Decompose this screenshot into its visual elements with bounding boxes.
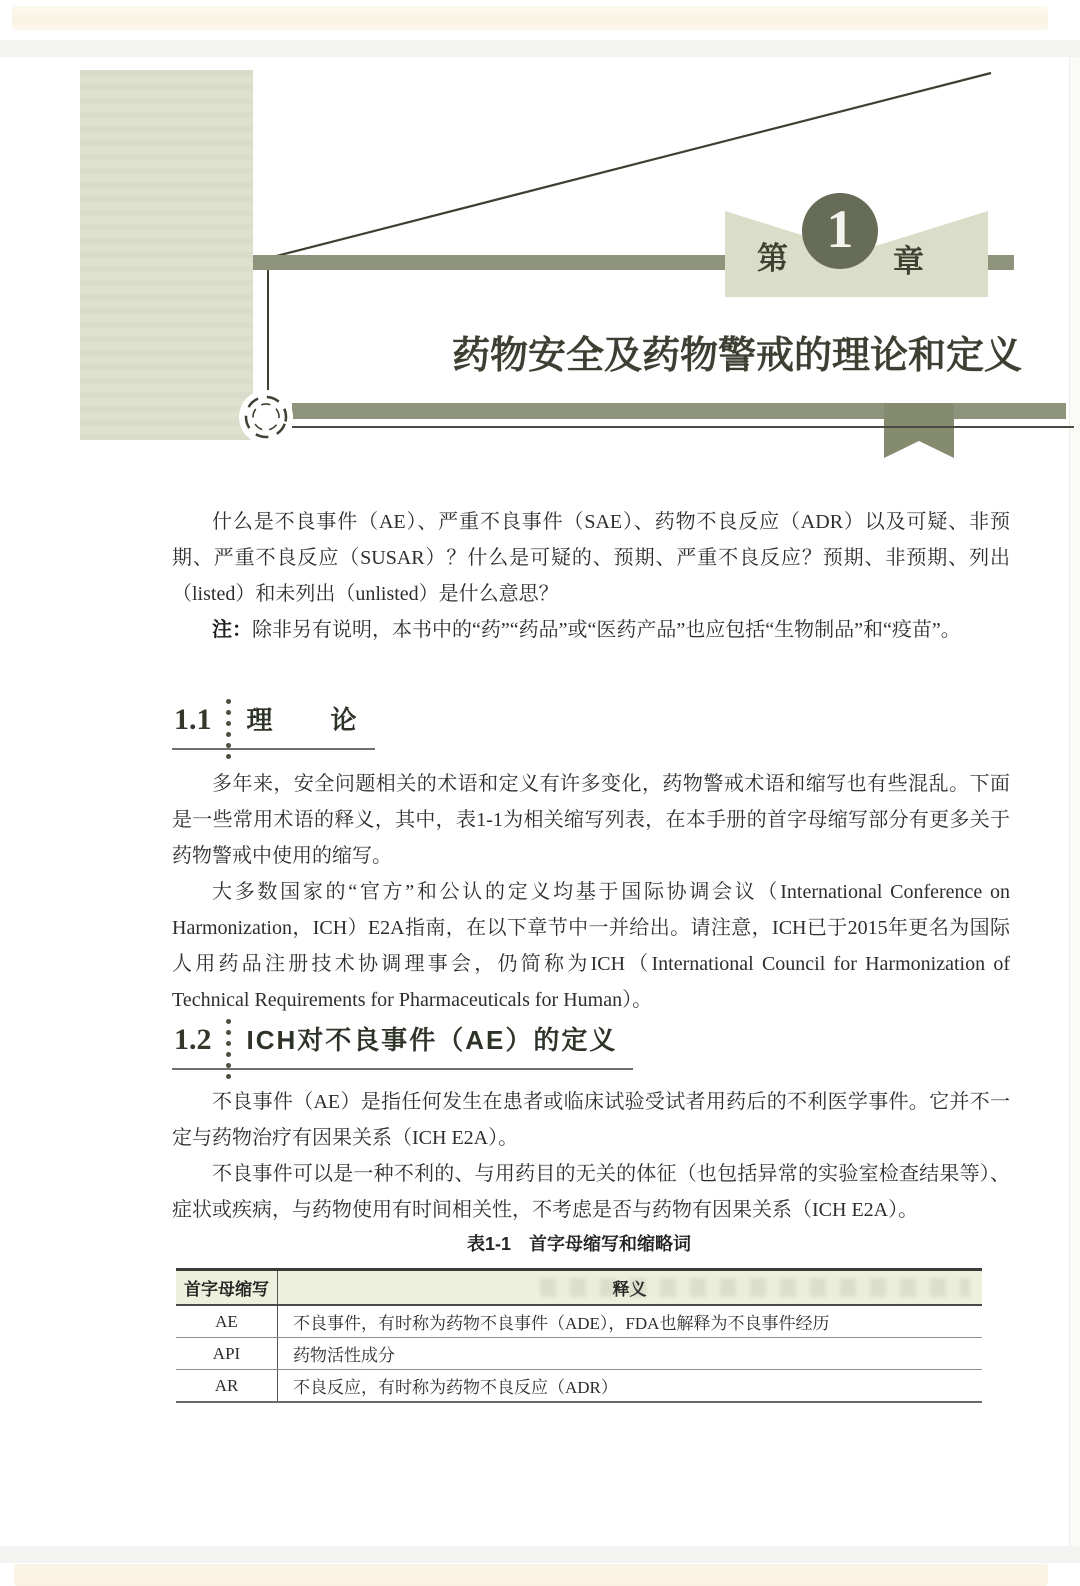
dotted-divider [226, 702, 231, 738]
intro-paragraph: 什么是不良事件（AE）、严重不良事件（SAE）、药物不良反应（ADR）以及可疑、… [172, 504, 1010, 612]
top-bar-stub [988, 255, 1014, 270]
chapter-number: 1 [827, 202, 854, 256]
note-label: 注： [212, 619, 252, 641]
chapter-header-artwork [0, 0, 1080, 480]
top-bar [253, 255, 725, 270]
section-1-2-body: 不良事件（AE）是指任何发生在患者或临床试验受试者用药后的不利医学事件。它并不一… [172, 1084, 1010, 1228]
table-caption: 表1-1 首字母缩写和缩略词 [176, 1230, 982, 1256]
chapter-suffix: 章 [893, 246, 924, 277]
abbreviation-table: 首字母缩写 释义 AE 不良事件，有时称为药物不良事件（ADE），FDA也解释为… [176, 1268, 982, 1403]
column-header-abbr: 首字母缩写 [176, 1275, 277, 1300]
abbr-cell: AE [176, 1312, 277, 1332]
section-heading-1-1: 1.1 理 论 [172, 702, 375, 750]
scanned-page: 第 1 章 药物安全及药物警戒的理论和定义 什么是不良事件（AE）、严重不良事件… [0, 0, 1080, 1586]
note-text: 除非另有说明，本书中的“药”“药品”或“医药产品”也应包括“生物制品”和“疫苗”… [252, 619, 961, 641]
chapter-number-badge: 1 [802, 193, 878, 269]
column-divider [277, 1271, 278, 1304]
definition-cell: 药物活性成分 [277, 1341, 982, 1366]
print-bleed-artifact [540, 1278, 970, 1297]
scan-gap-bottom [0, 1546, 1080, 1563]
section-1-1-body: 多年来，安全问题相关的术语和定义有许多变化，药物警戒术语和缩写也有些混乱。下面是… [172, 766, 1010, 1018]
table-row: API 药物活性成分 [176, 1338, 982, 1370]
dotted-divider [226, 1022, 231, 1058]
intro-block: 什么是不良事件（AE）、严重不良事件（SAE）、药物不良反应（ADR）以及可疑、… [172, 504, 1010, 648]
sage-block-texture [80, 70, 253, 440]
body-paragraph: 多年来，安全问题相关的术语和定义有许多变化，药物警戒术语和缩写也有些混乱。下面是… [172, 766, 1010, 874]
table-header-row: 首字母缩写 释义 [176, 1271, 982, 1306]
body-paragraph: 大多数国家的“官方”和公认的定义均基于国际协调会议（International … [172, 874, 1010, 1018]
definition-cell: 不良反应，有时称为药物不良反应（ADR） [277, 1373, 982, 1398]
abbr-cell: AR [176, 1376, 277, 1396]
table-row: AR 不良反应，有时称为药物不良反应（ADR） [176, 1370, 982, 1403]
section-heading-1-2: 1.2 ICH对不良事件（AE）的定义 [172, 1022, 633, 1070]
column-divider [277, 1306, 278, 1337]
section-number: 1.2 [174, 1022, 212, 1058]
diagonal-rule [253, 73, 991, 262]
ribbon-bookmark [884, 403, 954, 458]
section-number: 1.1 [174, 702, 212, 738]
section-title: 理 论 [247, 702, 359, 738]
note-paragraph: 注：除非另有说明，本书中的“药”“药品”或“医药产品”也应包括“生物制品”和“疫… [172, 612, 1010, 648]
chapter-prefix: 第 [757, 243, 788, 274]
column-divider [277, 1370, 278, 1401]
chapter-title: 药物安全及药物警戒的理论和定义 [452, 334, 1012, 380]
table-row: AE 不良事件，有时称为药物不良事件（ADE），FDA也解释为不良事件经历 [176, 1306, 982, 1338]
body-paragraph: 不良事件（AE）是指任何发生在患者或临床试验受试者用药后的不利医学事件。它并不一… [172, 1084, 1010, 1156]
section-title: ICH对不良事件（AE）的定义 [247, 1022, 618, 1058]
abbr-cell: API [176, 1344, 277, 1364]
column-divider [277, 1338, 278, 1369]
definition-cell: 不良事件，有时称为药物不良事件（ADE），FDA也解释为不良事件经历 [277, 1309, 982, 1334]
body-paragraph: 不良事件可以是一种不利的、与用药目的无关的体征（也包括异常的实验室检查结果等）、… [172, 1156, 1010, 1228]
page-edge-bottom [14, 1564, 1048, 1586]
